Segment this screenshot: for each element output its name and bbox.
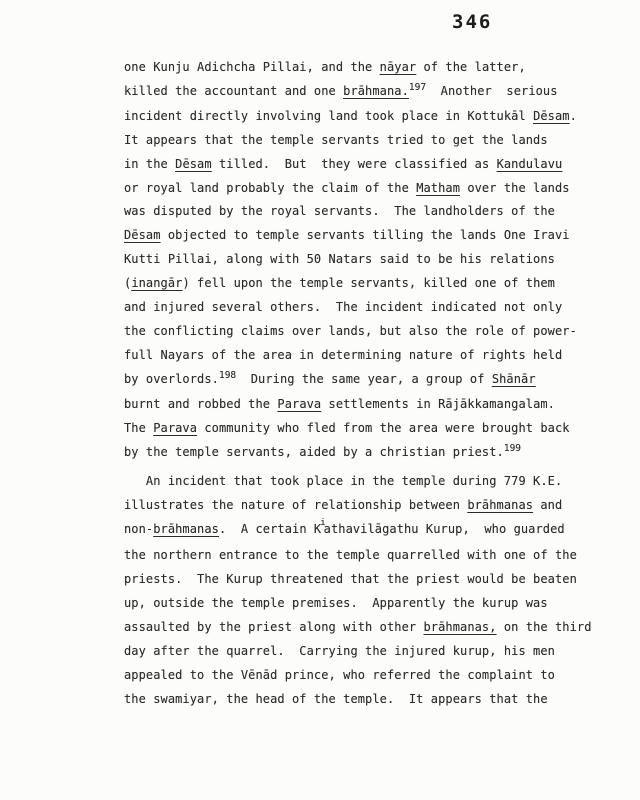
page-number: 346 <box>452 11 492 33</box>
underlined-term: brāhmanas, <box>424 620 497 634</box>
text-segment: illustrates the nature of relationship b… <box>124 498 467 512</box>
underlined-term: Dēsam <box>124 228 161 242</box>
paragraph: An incident that took place in the templ… <box>124 470 624 711</box>
text-segment: or royal land probably the claim of the <box>124 181 416 195</box>
text-segment: incident directly involving land took pl… <box>124 109 533 123</box>
text-line: appealed to the Vēnād prince, who referr… <box>124 664 624 688</box>
text-line: The Parava community who fled from the a… <box>124 417 624 441</box>
footnote-reference: 198 <box>219 364 236 388</box>
text-line: priests. The Kurup threatened that the p… <box>124 568 624 592</box>
text-segment: appealed to the Vēnād prince, who referr… <box>124 668 555 682</box>
inserted-letter: i <box>320 512 325 536</box>
text-line: was disputed by the royal servants. The … <box>124 200 624 224</box>
text-segment: one Kunju Adichcha Pillai, and the <box>124 60 380 74</box>
underlined-term: brāhmana. <box>343 84 409 98</box>
text-segment: by overlords. <box>124 372 219 386</box>
text-segment: and <box>533 498 562 512</box>
text-segment: settlements in Rājākkamangalam. <box>321 397 555 411</box>
text-segment: of the latter, <box>416 60 526 74</box>
underlined-term: brāhmanas <box>153 522 219 536</box>
underlined-term: Shānār <box>492 372 536 386</box>
underlined-term: Parava <box>277 397 321 411</box>
text-line: It appears that the temple servants trie… <box>124 129 624 153</box>
text-segment: full Nayars of the area in determining n… <box>124 348 562 362</box>
underlined-term: inangār <box>131 276 182 290</box>
text-segment: ) fell upon the temple servants, killed … <box>182 276 555 290</box>
text-segment: tilled. But they were classified as <box>212 157 497 171</box>
text-segment: priests. The Kurup threatened that the p… <box>124 572 577 586</box>
text-segment: . A certain K <box>219 522 321 536</box>
text-segment: objected to temple servants tilling the … <box>161 228 570 242</box>
text-line: by the temple servants, aided by a chris… <box>124 441 624 466</box>
underlined-term: Kandulavu <box>497 157 563 171</box>
text-segment: An incident that took place in the templ… <box>124 474 562 488</box>
text-segment: community who fled from the area were br… <box>197 421 570 435</box>
text-segment: the swamiyar, the head of the temple. It… <box>124 692 548 706</box>
text-segment: was disputed by the royal servants. The … <box>124 204 555 218</box>
underlined-term: Dēsam <box>533 109 570 123</box>
text-line: An incident that took place in the templ… <box>124 470 624 494</box>
text-segment: burnt and robbed the <box>124 397 277 411</box>
text-segment: Another serious <box>426 84 557 98</box>
text-segment: athavilāgathu Kurup, who guarded <box>324 522 565 536</box>
text-segment: the northern entrance to the temple quar… <box>124 548 577 562</box>
text-segment: . <box>570 109 577 123</box>
text-line: (inangār) fell upon the temple servants,… <box>124 272 624 296</box>
text-segment: day after the quarrel. Carrying the inju… <box>124 644 555 658</box>
text-line: the conflicting claims over lands, but a… <box>124 320 624 344</box>
text-line: and injured several others. The incident… <box>124 296 624 320</box>
underlined-term: nāyar <box>380 60 417 74</box>
text-segment: assaulted by the priest along with other <box>124 620 424 634</box>
text-line: Dēsam objected to temple servants tillin… <box>124 224 624 248</box>
text-line: or royal land probably the claim of the … <box>124 177 624 201</box>
text-segment: During the same year, a group of <box>236 372 492 386</box>
text-line: in the Dēsam tilled. But they were class… <box>124 153 624 177</box>
text-line: day after the quarrel. Carrying the inju… <box>124 640 624 664</box>
text-line: incident directly involving land took pl… <box>124 105 624 129</box>
text-line: assaulted by the priest along with other… <box>124 616 624 640</box>
text-line: by overlords.198 During the same year, a… <box>124 368 624 393</box>
text-line: the swamiyar, the head of the temple. It… <box>124 688 624 712</box>
underlined-term: Parava <box>153 421 197 435</box>
text-segment: by the temple servants, aided by a chris… <box>124 445 504 459</box>
text-segment: and injured several others. The incident… <box>124 300 562 314</box>
text-segment: non- <box>124 522 153 536</box>
text-line: killed the accountant and one brāhmana.1… <box>124 80 624 105</box>
text-segment: the conflicting claims over lands, but a… <box>124 324 577 338</box>
footnote-reference: 199 <box>504 437 521 461</box>
text-line: non-brāhmanas. A certain Kiathavilāgathu… <box>124 518 624 544</box>
text-line: burnt and robbed the Parava settlements … <box>124 393 624 417</box>
underlined-term: brāhmanas <box>467 498 533 512</box>
text-segment: The <box>124 421 153 435</box>
text-segment: It appears that the temple servants trie… <box>124 133 548 147</box>
page-body: one Kunju Adichcha Pillai, and the nāyar… <box>124 56 624 711</box>
text-segment: Kutti Pillai, along with 50 Natars said … <box>124 252 555 266</box>
text-line: illustrates the nature of relationship b… <box>124 494 624 518</box>
text-segment: in the <box>124 157 175 171</box>
text-line: up, outside the temple premises. Apparen… <box>124 592 624 616</box>
paragraph: one Kunju Adichcha Pillai, and the nāyar… <box>124 56 624 465</box>
text-line: the northern entrance to the temple quar… <box>124 544 624 568</box>
text-segment: up, outside the temple premises. Apparen… <box>124 596 548 610</box>
text-segment: killed the accountant and one <box>124 84 343 98</box>
text-segment: on the third <box>497 620 592 634</box>
underlined-term: Dēsam <box>175 157 212 171</box>
text-line: full Nayars of the area in determining n… <box>124 344 624 368</box>
text-line: one Kunju Adichcha Pillai, and the nāyar… <box>124 56 624 80</box>
footnote-reference: 197 <box>409 76 426 100</box>
underlined-term: Matham <box>416 181 460 195</box>
text-segment: over the lands <box>460 181 570 195</box>
text-line: Kutti Pillai, along with 50 Natars said … <box>124 248 624 272</box>
scanned-document-page: 346 one Kunju Adichcha Pillai, and the n… <box>0 0 640 800</box>
